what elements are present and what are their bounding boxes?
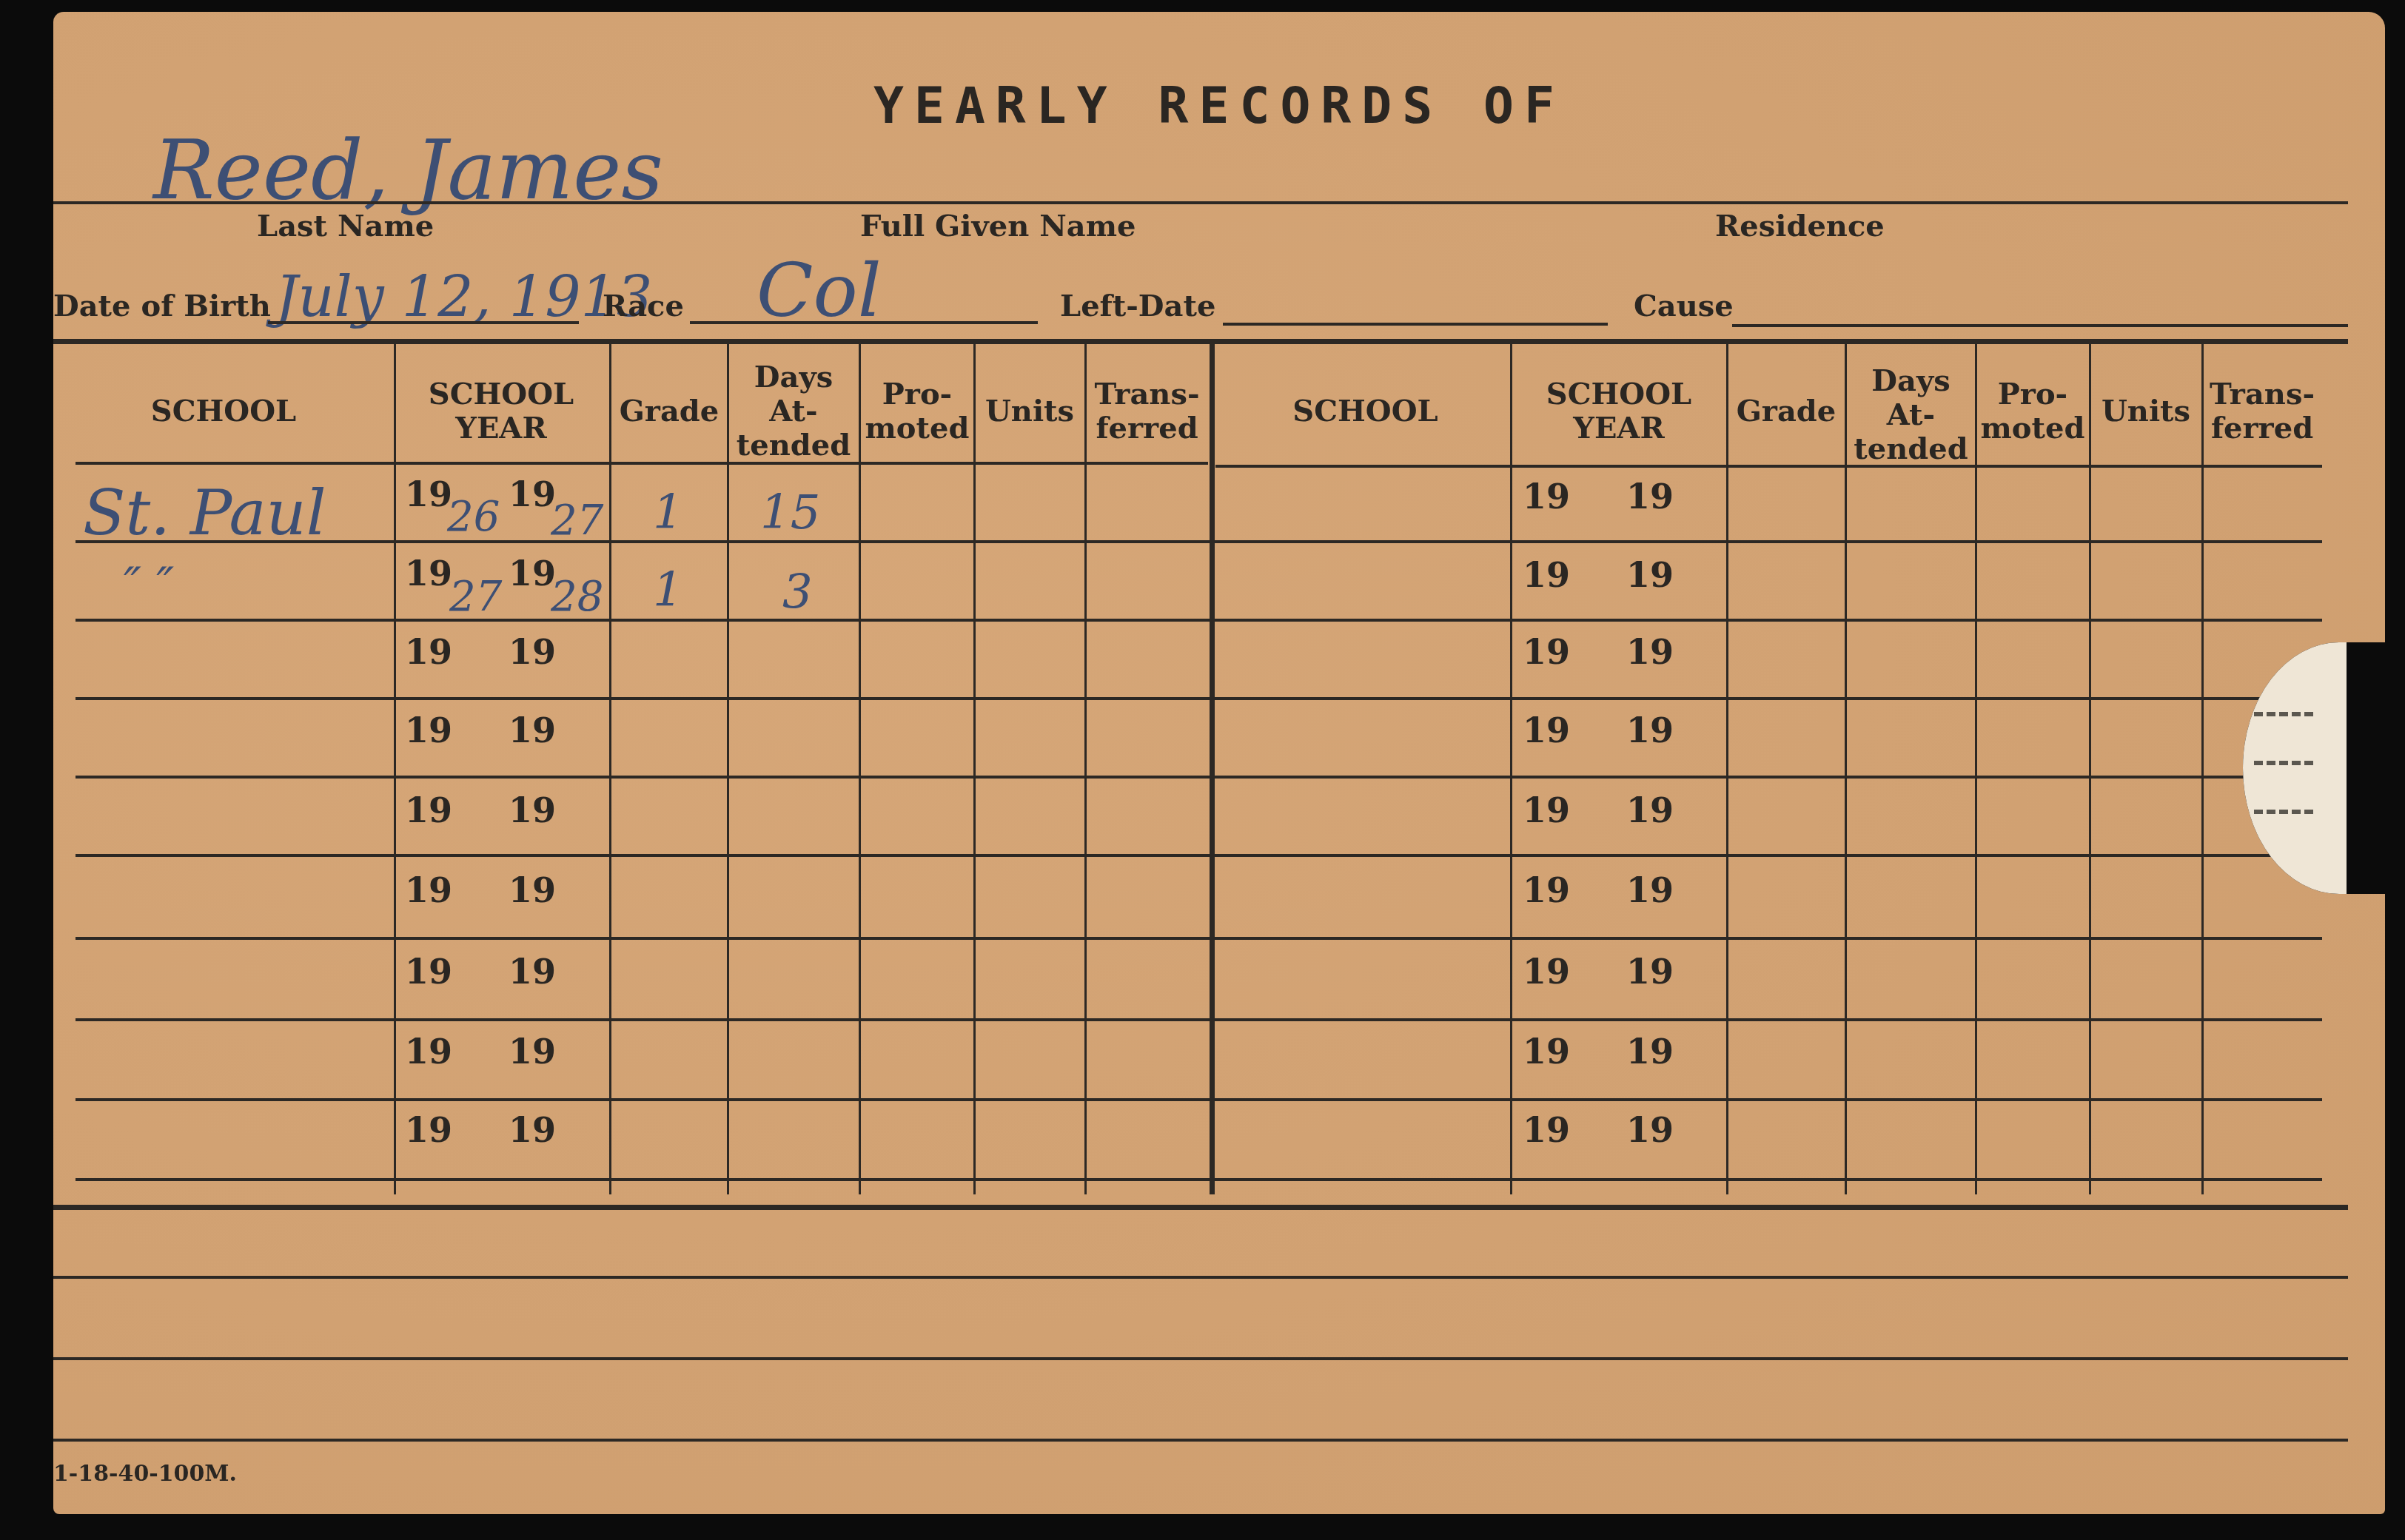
col-divider [1510, 343, 1512, 1194]
header-promoted-line1: Pro- [882, 377, 952, 411]
cell-year-prefix: 19 [405, 554, 452, 594]
table-bottom-rule [53, 1205, 2348, 1210]
cell-year-prefix: 19 [1626, 555, 1674, 595]
cell-year-prefix: 19 [509, 554, 556, 594]
last-name-label: Last Name [257, 209, 434, 243]
col-divider [1726, 343, 1728, 1194]
cell-school[interactable]: ″ ″ [124, 558, 174, 613]
cell-year-prefix: 19 [1523, 870, 1570, 910]
notes-line[interactable] [53, 1439, 2348, 1442]
cell-year-end[interactable]: 27 [551, 497, 603, 545]
header-transferred-line1: Trans- [1094, 377, 1199, 411]
cell-year-start[interactable]: 26 [447, 493, 500, 541]
header-transferred-left: Trans- ferred [1086, 352, 1208, 471]
header-school-year-line1: SCHOOL [429, 377, 574, 411]
header-days-line2: At- [1887, 398, 1935, 432]
col-divider [1975, 343, 1977, 1194]
header-grade-left: Grade [611, 352, 728, 471]
record-card: YEARLY RECORDS OF Reed, James Last Name … [53, 12, 2385, 1514]
header-days-attended-left: Days At- tended [728, 352, 859, 471]
table-top-rule [53, 339, 2348, 344]
header-days-line2: At- [769, 394, 817, 428]
header-school-left: SCHOOL [76, 352, 372, 471]
cell-year-prefix: 19 [405, 632, 452, 672]
row-rule [76, 1098, 2322, 1101]
header-promoted-line2: moted [1981, 411, 2085, 445]
row-rule [76, 540, 2322, 543]
cell-year-prefix: 19 [1626, 632, 1674, 672]
col-divider [1845, 343, 1847, 1194]
header-grade-right: Grade [1728, 352, 1845, 471]
row-rule [76, 776, 2322, 779]
cell-year-prefix: 19 [405, 1110, 452, 1150]
cell-year-prefix: 19 [405, 710, 452, 750]
col-divider [859, 343, 861, 1194]
date-of-birth-label: Date of Birth [53, 289, 271, 323]
header-school-year-left: SCHOOL YEAR [394, 360, 608, 463]
cell-year-prefix: 19 [1626, 870, 1674, 910]
cell-year-start[interactable]: 27 [449, 573, 502, 621]
dash-line [2254, 761, 2313, 765]
header-school-year-line1: SCHOOL [1546, 377, 1691, 411]
cell-grade[interactable]: 1 [653, 485, 683, 540]
notes-line[interactable] [53, 1357, 2348, 1360]
cell-year-prefix: 19 [509, 710, 556, 750]
header-school-year-right: SCHOOL YEAR [1512, 360, 1726, 463]
race-field[interactable] [690, 321, 1038, 324]
cell-days-attended[interactable]: 3 [782, 565, 813, 620]
cell-year-prefix: 19 [509, 1032, 556, 1072]
cell-year-prefix: 19 [1523, 1110, 1570, 1150]
header-transferred-line2: ferred [2211, 411, 2313, 445]
cell-year-prefix: 19 [1626, 1032, 1674, 1072]
cell-school[interactable]: St. Paul [83, 477, 326, 549]
left-date-label: Left-Date [1060, 289, 1215, 323]
header-school-right: SCHOOL [1219, 352, 1512, 471]
cell-year-prefix: 19 [1523, 555, 1570, 595]
cell-year-prefix: 19 [405, 952, 452, 992]
full-given-name-label: Full Given Name [860, 209, 1136, 243]
header-transferred-right: Trans- ferred [2203, 352, 2321, 471]
cell-year-prefix: 19 [405, 1032, 452, 1072]
center-divider [1210, 343, 1215, 1194]
cell-year-prefix: 19 [509, 474, 556, 514]
header-promoted-line1: Pro- [1998, 377, 2067, 411]
cell-year-prefix: 19 [1523, 632, 1570, 672]
header-days-line1: Days [1871, 364, 1950, 398]
row-rule [76, 697, 2322, 700]
cause-label: Cause [1634, 289, 1734, 323]
cell-year-prefix: 19 [1523, 477, 1570, 517]
cell-year-prefix: 19 [1626, 710, 1674, 750]
cell-year-prefix: 19 [1523, 1032, 1570, 1072]
header-days-attended-right: Days At- tended [1846, 352, 1976, 478]
date-of-birth-value: July 12, 1913 [275, 263, 652, 329]
row-rule [76, 937, 2322, 940]
header-units-left: Units [975, 352, 1084, 471]
cell-year-end[interactable]: 28 [551, 573, 603, 621]
row-rule [76, 1178, 2322, 1181]
header-days-line3: tended [1854, 432, 1968, 466]
col-divider [1084, 343, 1087, 1194]
header-days-line3: tended [737, 428, 851, 463]
col-divider [2201, 343, 2204, 1194]
header-school-year-line2: YEAR [455, 411, 546, 445]
cell-year-prefix: 19 [405, 870, 452, 910]
cell-year-prefix: 19 [1523, 710, 1570, 750]
col-divider [2089, 343, 2091, 1194]
col-divider [727, 343, 729, 1194]
residence-label: Residence [1715, 209, 1885, 243]
row-rule [76, 854, 2322, 857]
row-rule [76, 619, 2322, 622]
cell-year-prefix: 19 [509, 632, 556, 672]
cell-grade[interactable]: 1 [653, 563, 683, 618]
cell-year-prefix: 19 [509, 870, 556, 910]
header-units-right: Units [2090, 352, 2201, 471]
cell-year-prefix: 19 [405, 790, 452, 830]
header-rule-right [1215, 465, 2322, 468]
name-line [53, 201, 2348, 204]
col-divider [394, 343, 396, 1194]
cell-year-prefix: 19 [509, 790, 556, 830]
cell-days-attended[interactable]: 15 [760, 485, 820, 540]
header-days-line1: Days [754, 360, 833, 394]
race-label: Race [603, 289, 684, 323]
header-promoted-left: Pro- moted [860, 352, 974, 471]
header-school-year-line2: YEAR [1573, 411, 1664, 445]
cell-year-prefix: 19 [405, 474, 452, 514]
cause-field[interactable] [1732, 324, 2348, 327]
header-rule-left [76, 462, 1208, 465]
cell-year-prefix: 19 [1523, 952, 1570, 992]
cell-year-prefix: 19 [1626, 952, 1674, 992]
date-of-birth-field[interactable] [268, 321, 579, 324]
header-promoted-line2: moted [865, 411, 970, 445]
form-number: 1-18-40-100M. [53, 1461, 237, 1487]
header-transferred-line2: ferred [1096, 411, 1198, 445]
col-divider [609, 343, 611, 1194]
left-date-field[interactable] [1223, 323, 1608, 326]
cell-year-prefix: 19 [1626, 790, 1674, 830]
cell-year-prefix: 19 [1523, 790, 1570, 830]
cell-year-prefix: 19 [509, 1110, 556, 1150]
row-rule [76, 1018, 2322, 1021]
header-promoted-right: Pro- moted [1976, 352, 2089, 471]
col-divider [973, 343, 976, 1194]
notes-line[interactable] [53, 1276, 2348, 1279]
cell-year-prefix: 19 [1626, 1110, 1674, 1150]
cell-year-prefix: 19 [1626, 477, 1674, 517]
dash-line [2254, 712, 2313, 716]
header-transferred-line1: Trans- [2210, 377, 2315, 411]
dash-line [2254, 810, 2313, 814]
cell-year-prefix: 19 [509, 952, 556, 992]
